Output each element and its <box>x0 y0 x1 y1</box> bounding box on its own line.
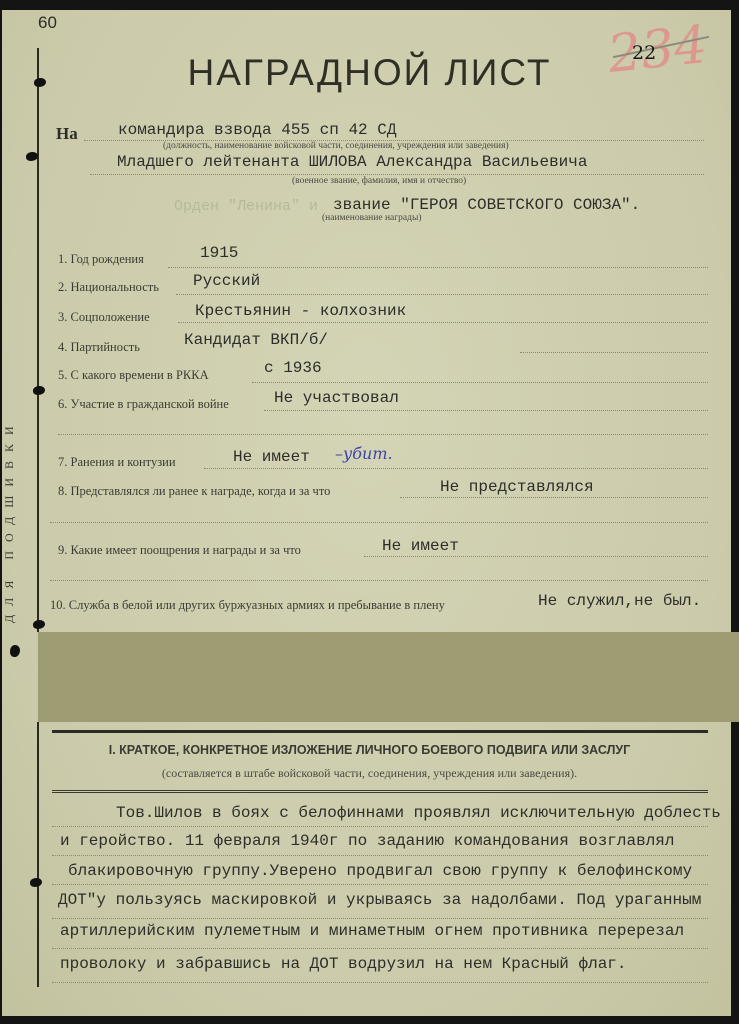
archive-page-number: 60 <box>38 13 57 33</box>
narrative-line: Тов.Шилов в боях с белофиннами проявлял … <box>116 804 721 822</box>
redacted-band <box>38 632 739 722</box>
section-rule-bottom <box>52 790 708 793</box>
field-label-civil-war: 6. Участие в гражданской войне <box>58 397 229 412</box>
field-value-prior-awards-nominations: Не представлялся <box>440 478 594 496</box>
fill-line <box>400 497 708 498</box>
header-prefix: На <box>56 124 78 144</box>
section1-title: I. КРАТКОЕ, КОНКРЕТНОЕ ИЗЛОЖЕНИЕ ЛИЧНОГО… <box>0 743 739 757</box>
fill-line <box>52 855 708 856</box>
binding-caption: ДЛЯ ПОДШИВКИ <box>2 385 30 655</box>
fill-line <box>52 918 708 919</box>
fill-line <box>168 267 708 268</box>
field-label-commendations: 9. Какие имеет поощрения и награды и за … <box>58 543 301 558</box>
section-rule-top <box>52 730 708 733</box>
field-label-party: 4. Партийность <box>58 340 140 355</box>
field-value-civil-war: Не участвовал <box>274 389 399 407</box>
position-caption: (должность, наименование войсковой части… <box>163 141 509 151</box>
field-label-rkka-since: 5. С какого времени в РККА <box>58 368 209 383</box>
field-value-rkka-since: с 1936 <box>264 359 322 377</box>
field-value-wounds: Не имеет <box>233 448 310 466</box>
typed-sheet-number: 22 <box>632 42 656 64</box>
field-value-birth-year: 1915 <box>200 244 238 262</box>
field-label-nationality: 2. Национальность <box>58 280 159 295</box>
rank-name-value: Младшего лейтенанта ШИЛОВА Александра Ва… <box>117 153 587 171</box>
fill-line <box>520 352 708 353</box>
narrative-line: ДОТ"у пользуясь маскировкой и укрываясь … <box>58 891 701 909</box>
fill-line <box>176 294 708 295</box>
narrative-line: проволоку и забравшись на ДОТ водрузил н… <box>60 955 627 973</box>
name-caption: (военное звание, фамилия, имя и отчество… <box>292 176 466 186</box>
binding-margin-line <box>37 48 39 632</box>
position-value: командира взвода 455 сп 42 СД <box>118 121 396 139</box>
fill-line <box>52 884 708 885</box>
fill-line <box>50 580 708 581</box>
field-value-social-status: Крестьянин - колхозник <box>195 302 406 320</box>
field-label-social-status: 3. Соцположение <box>58 310 150 325</box>
field-label-prior-awards-nominations: 8. Представлялся ли ранее к награде, ког… <box>58 484 330 499</box>
award-erased-text: Орден "Ленина" и <box>174 198 318 215</box>
binding-margin-line-lower <box>37 722 39 987</box>
field-value-party: Кандидат ВКП/б/ <box>184 331 328 349</box>
fill-line <box>264 410 708 411</box>
field-label-wounds: 7. Ранения и контузии <box>58 455 176 470</box>
fill-line <box>178 322 708 323</box>
field-value-white-army-captivity: Не служил,не был. <box>538 592 701 610</box>
handwritten-note-killed: –убит. <box>335 444 393 463</box>
award-caption: (наименование награды) <box>322 213 422 223</box>
section1-subtitle: (составляется в штабе войсковой части, с… <box>0 766 739 781</box>
fill-line <box>364 556 708 557</box>
fill-line <box>52 826 708 827</box>
fill-line <box>50 522 708 523</box>
field-label-white-army-captivity: 10. Служба в белой или других буржуазных… <box>50 598 445 613</box>
award-value: звание "ГЕРОЯ СОВЕТСКОГО СОЮЗА". <box>333 196 640 214</box>
field-value-nationality: Русский <box>193 272 260 290</box>
narrative-line: блакировочную группу.Уверено продвигал с… <box>68 862 692 880</box>
fill-line <box>252 382 708 383</box>
field-label-birth-year: 1. Год рождения <box>58 252 144 267</box>
fill-line <box>52 948 708 949</box>
handwritten-sheet-number: 234 <box>605 15 710 85</box>
fill-line <box>52 982 708 983</box>
fill-line <box>204 468 708 469</box>
narrative-line: и геройство. 11 февраля 1940г по заданию… <box>60 832 675 850</box>
fill-line <box>90 174 704 175</box>
fill-line <box>58 434 708 435</box>
narrative-line: артиллерийским пулеметным и минаметным о… <box>60 922 684 940</box>
field-value-commendations: Не имеет <box>382 537 459 555</box>
